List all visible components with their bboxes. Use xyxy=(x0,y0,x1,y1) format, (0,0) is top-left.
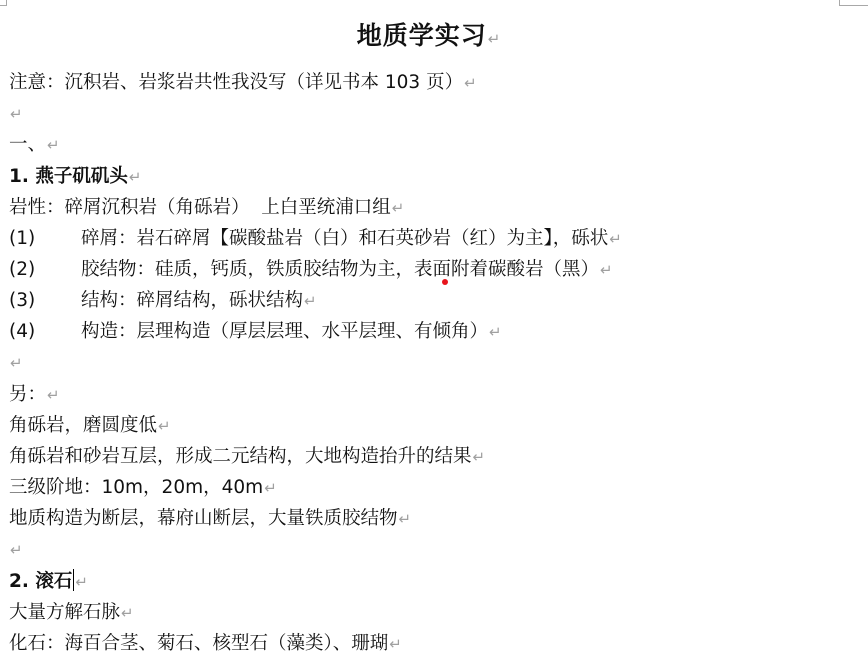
crop-mark-top-right xyxy=(839,0,868,6)
paragraph-mark-icon: ↵ xyxy=(47,386,60,404)
paragraph-mark-icon: ↵ xyxy=(489,323,502,341)
body-text: 三级阶地：10m，20m，40m xyxy=(9,477,263,498)
body-paragraph[interactable]: 地质构造为断层，幕府山断层，大量铁质胶结物↵ xyxy=(9,505,411,533)
section-heading-1[interactable]: 1. 燕子矶矶头↵ xyxy=(9,163,141,191)
title-text: 地质学实习 xyxy=(357,21,487,50)
list-item[interactable]: (4)构造：层理构造（厚层层理、水平层理、有倾角）↵ xyxy=(9,318,502,346)
lithology-paragraph[interactable]: 岩性：碎屑沉积岩（角砾岩） 上白垩统浦口组↵ xyxy=(9,194,404,222)
section-heading-2[interactable]: 2. 滚石↵ xyxy=(9,568,88,596)
body-paragraph[interactable]: 角砾岩和砂岩互层，形成二元结构，大地构造抬升的结果↵ xyxy=(9,443,485,471)
paragraph-mark-icon: ↵ xyxy=(121,604,134,622)
extra-label-paragraph[interactable]: 另：↵ xyxy=(9,381,60,409)
body-text: 化石：海百合茎、菊石、核型石（藻类）、珊瑚 xyxy=(9,633,388,654)
paragraph-mark-icon: ↵ xyxy=(389,635,402,653)
paragraph-mark-icon: ↵ xyxy=(47,136,60,154)
paragraph-mark-icon: ↵ xyxy=(75,573,88,591)
paragraph-mark-icon: ↵ xyxy=(158,417,171,435)
body-text: 大量方解石脉 xyxy=(9,602,120,623)
document-title[interactable]: 地质学实习↵ xyxy=(9,18,849,57)
list-item[interactable]: (1)碎屑：岩石碎屑【碳酸盐岩（白）和石英砂岩（红）为主】，砾状↵ xyxy=(9,225,622,253)
section-marker[interactable]: 一、↵ xyxy=(9,131,60,159)
heading-text: 1. 燕子矶矶头 xyxy=(9,166,128,187)
body-paragraph[interactable]: 角砾岩，磨圆度低↵ xyxy=(9,412,171,440)
paragraph-mark-icon: ↵ xyxy=(10,354,23,372)
list-item-text: 碎屑：岩石碎屑【碳酸盐岩（白）和石英砂岩（红）为主】，砾状 xyxy=(81,228,608,249)
list-item-number: (4) xyxy=(9,318,81,346)
list-item-text: 胶结物：硅质，钙质，铁质胶结物为主，表面附着碳酸岩（黑） xyxy=(81,259,599,280)
body-text: 地质构造为断层，幕府山断层，大量铁质胶结物 xyxy=(9,508,398,529)
paragraph-mark-icon: ↵ xyxy=(473,448,486,466)
paragraph-mark-icon: ↵ xyxy=(392,199,405,217)
paragraph-mark-icon: ↵ xyxy=(609,230,622,248)
body-text: 角砾岩和砂岩互层，形成二元结构，大地构造抬升的结果 xyxy=(9,446,472,467)
list-item-text: 构造：层理构造（厚层层理、水平层理、有倾角） xyxy=(81,321,488,342)
list-item-number: (1) xyxy=(9,225,81,253)
empty-paragraph[interactable]: ↵ xyxy=(9,100,23,128)
empty-paragraph[interactable]: ↵ xyxy=(9,536,23,564)
list-item-number: (3) xyxy=(9,287,81,315)
paragraph-mark-icon: ↵ xyxy=(10,541,23,559)
paragraph-mark-icon: ↵ xyxy=(600,261,613,279)
list-item[interactable]: (2)胶结物：硅质，钙质，铁质胶结物为主，表面附着碳酸岩（黑）↵ xyxy=(9,256,613,284)
empty-paragraph[interactable]: ↵ xyxy=(9,349,23,377)
paragraph-mark-icon: ↵ xyxy=(10,105,23,123)
extra-label: 另： xyxy=(9,384,46,405)
paragraph-mark-icon: ↵ xyxy=(264,479,277,497)
list-item[interactable]: (3)结构：碎屑结构，砾状结构↵ xyxy=(9,287,317,315)
body-text: 角砾岩，磨圆度低 xyxy=(9,415,157,436)
paragraph-mark-icon: ↵ xyxy=(129,168,142,186)
body-paragraph[interactable]: 大量方解石脉↵ xyxy=(9,599,134,627)
paragraph-mark-icon: ↵ xyxy=(488,30,502,48)
note-paragraph[interactable]: 注意：沉积岩、岩浆岩共性我没写（详见书本 103 页）↵ xyxy=(9,69,477,97)
section-marker-text: 一、 xyxy=(9,134,46,155)
body-paragraph[interactable]: 三级阶地：10m，20m，40m↵ xyxy=(9,474,277,502)
paragraph-mark-icon: ↵ xyxy=(464,74,477,92)
crop-mark-top-left xyxy=(0,0,7,6)
paragraph-mark-icon: ↵ xyxy=(304,292,317,310)
note-text: 注意：沉积岩、岩浆岩共性我没写（详见书本 103 页） xyxy=(9,72,463,93)
lithology-text: 岩性：碎屑沉积岩（角砾岩） 上白垩统浦口组 xyxy=(9,197,391,218)
body-paragraph[interactable]: 化石：海百合茎、菊石、核型石（藻类）、珊瑚↵ xyxy=(9,630,402,658)
pointer-dot-icon xyxy=(442,279,448,285)
list-item-text: 结构：碎屑结构，砾状结构 xyxy=(81,290,303,311)
paragraph-mark-icon: ↵ xyxy=(399,510,412,528)
list-item-number: (2) xyxy=(9,256,81,284)
heading-text: 2. 滚石 xyxy=(9,571,72,592)
